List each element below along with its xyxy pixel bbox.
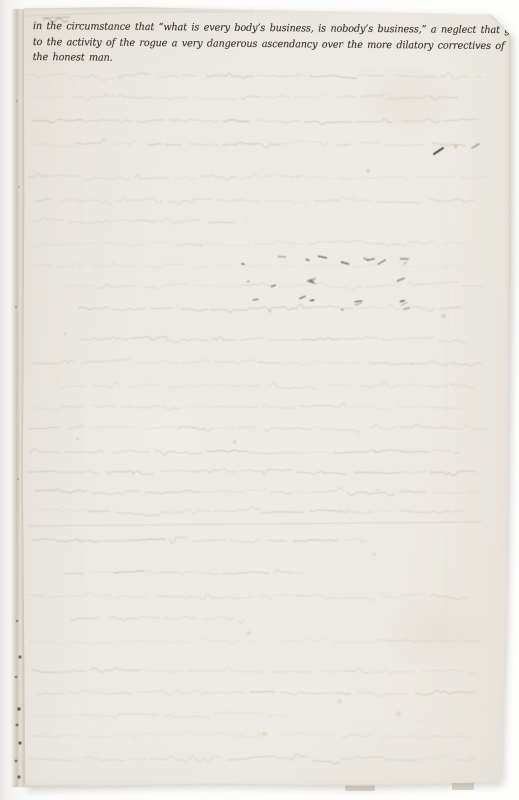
- manuscript-scan: in the circumstance that “what is every …: [0, 0, 519, 800]
- manuscript-page: in the circumstance that “what is every …: [14, 6, 512, 788]
- paper-shadow-wrap: in the circumstance that “what is every …: [14, 6, 512, 788]
- handwritten-inscription: in the circumstance that “what is every …: [33, 19, 508, 70]
- bleed-through-texture: [14, 6, 512, 788]
